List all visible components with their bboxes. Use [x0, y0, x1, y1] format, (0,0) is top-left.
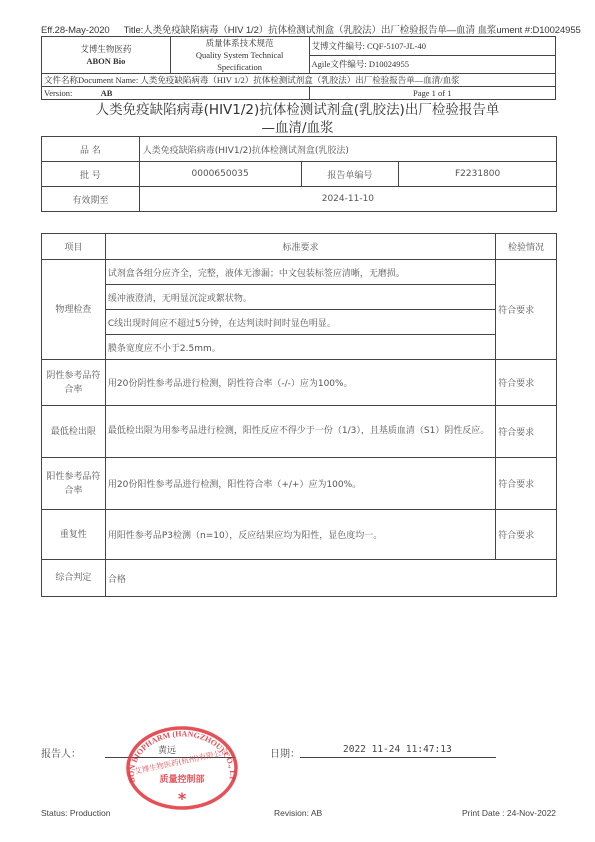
- date-label: 日期：: [270, 745, 300, 760]
- system-en: Quality System Technical Specification: [173, 49, 307, 73]
- row-requirement: 用20份阳性参考品进行检测，阳性符合率（+/+）应为100%。: [105, 458, 495, 510]
- company-en: ABON Bio: [44, 55, 168, 67]
- row-result: 符合要求: [496, 458, 557, 510]
- date-line: [300, 757, 496, 758]
- doc-title-line: Title:人类免疫缺陷病毒（HIV 1/2）抗体检测试剂盒（乳胶法）出厂检验报…: [124, 25, 581, 36]
- svg-text:*: *: [178, 789, 187, 808]
- system-cell: 质量体系技术规范 Quality System Technical Specif…: [170, 37, 309, 74]
- physical-item: 物理检查: [42, 260, 106, 360]
- physical-req-3: C线出现时间应不超过5分钟，在达判读时间时显色明显。: [105, 310, 495, 335]
- report-subtitle: —血清/血浆: [0, 116, 595, 136]
- physical-req-1: 试剂盒各组分应齐全，完整，液体无渗漏；中文包装标签应清晰，无磨损。: [105, 260, 495, 285]
- header-item: 项目: [42, 234, 106, 260]
- footer-status: Status: Production: [41, 808, 110, 818]
- company-cell: 艾博生物医药 ABON Bio: [42, 37, 171, 74]
- footer-print-date: Print Date : 24-Nov-2022: [462, 808, 556, 818]
- agile-number: Agile文件编号: D10024955: [309, 55, 556, 74]
- inspection-table: 项目 标准要求 检验情况 物理检查 试剂盒各组分应齐全，完整，液体无渗漏；中文包…: [41, 233, 557, 597]
- system-cn: 质量体系技术规范: [173, 37, 307, 49]
- document-name: 文件名称Document Name: 人类免疫缺陷病毒（HIV 1/2）抗体检测…: [42, 74, 556, 87]
- batch-value: 0000650035: [139, 162, 301, 187]
- header-requirement: 标准要求: [105, 234, 495, 260]
- product-info-table: 品 名 人类免疫缺陷病毒(HIV1/2)抗体检测试剂盒(乳胶法) 批 号 000…: [41, 136, 557, 212]
- footer-revision: Revision: AB: [274, 808, 322, 818]
- physical-req-4: 膜条宽度应不小于2.5mm。: [105, 335, 495, 360]
- date-value: 2022 11-24 11:47:13: [343, 744, 452, 755]
- company-cn: 艾博生物医药: [44, 43, 168, 55]
- svg-text:艾博生物医药(杭州)有限公司: 艾博生物医药(杭州)有限公司: [133, 746, 229, 776]
- document-control-table: 艾博生物医药 ABON Bio 质量体系技术规范 Quality System …: [41, 36, 556, 100]
- product-value: 人类免疫缺陷病毒(HIV1/2)抗体检测试剂盒(乳胶法): [139, 137, 556, 162]
- report-no-label: 报告单编号: [301, 162, 399, 187]
- product-label: 品 名: [42, 137, 140, 162]
- company-seal-icon: ABON BIOPHARM (HANGZHOU) CO., LTD. 艾博生物医…: [123, 720, 241, 810]
- header-result: 检验情况: [496, 234, 557, 260]
- effective-date: Eff.28-May-2020: [41, 25, 110, 36]
- row-result: 符合要求: [496, 510, 557, 560]
- svg-text:质量控制部: 质量控制部: [159, 773, 204, 785]
- row-item: 阴性参考品符合率: [42, 360, 106, 406]
- report-no-value: F2231800: [399, 162, 557, 187]
- conclusion-value: 合格: [105, 560, 556, 597]
- row-result: 符合要求: [496, 360, 557, 406]
- physical-result: 符合要求: [496, 260, 557, 360]
- row-requirement: 用20份阴性参考品进行检测，阴性符合率（-/-）应为100%。: [105, 360, 495, 406]
- expiry-label: 有效期至: [42, 187, 140, 212]
- conclusion-label: 综合判定: [42, 560, 106, 597]
- report-title: 人类免疫缺陷病毒(HIV1/2)抗体检测试剂盒(乳胶法)出厂检验报告单: [0, 98, 595, 118]
- document-header-line: Eff.28-May-2020Title:人类免疫缺陷病毒（HIV 1/2）抗体…: [41, 22, 581, 36]
- reporter-label: 报告人：: [41, 745, 81, 760]
- row-requirement: 用阳性参考品P3检测（n=10），反应结果应均为阳性，显色度均一。: [105, 510, 495, 560]
- doc-number: 艾博文件编号: CQF-5107-JL-40: [309, 37, 556, 56]
- version-value: AB: [101, 88, 113, 98]
- expiry-value: 2024-11-10: [139, 187, 556, 212]
- batch-label: 批 号: [42, 162, 140, 187]
- physical-req-2: 缓冲液澄清，无明显沉淀或絮状物。: [105, 285, 495, 310]
- row-item: 阳性参考品符合率: [42, 458, 106, 510]
- row-item: 重复性: [42, 510, 106, 560]
- row-item: 最低检出限: [42, 406, 106, 458]
- row-result: 符合要求: [496, 406, 557, 458]
- row-requirement: 最低检出限为用参考品进行检测，阳性反应不得少于一份（1/3），且基质血清（S1）…: [105, 406, 495, 458]
- version-label: Version:: [44, 88, 72, 98]
